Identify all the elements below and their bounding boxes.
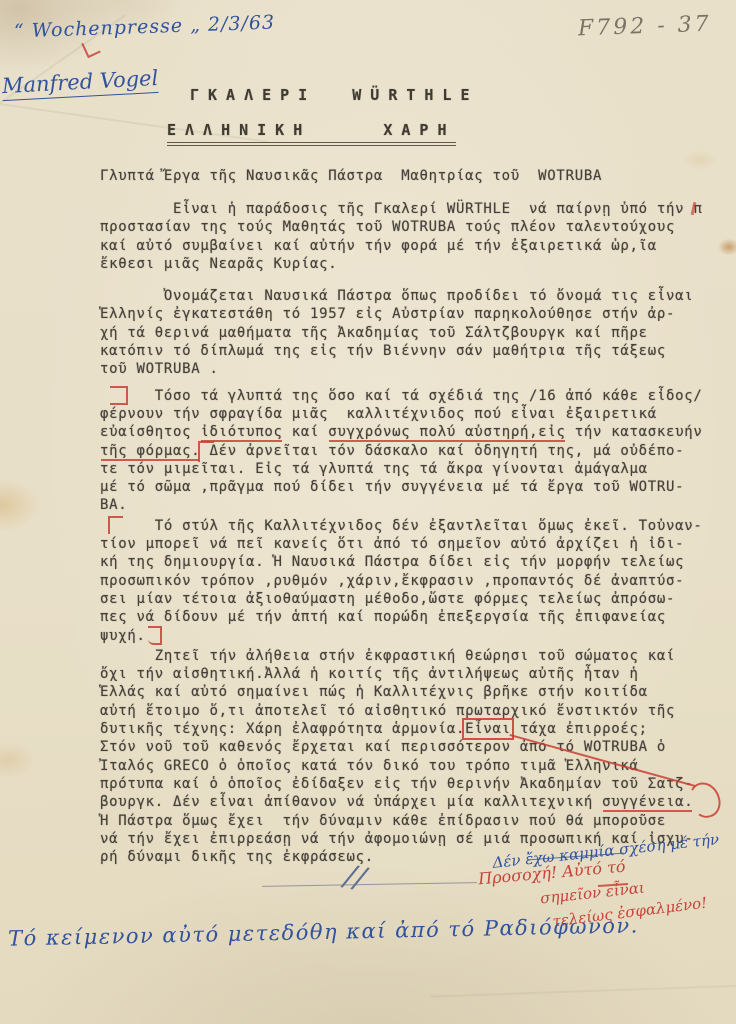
typed-text: προστασίαν της τούς Μαθητάς τοῦ WOTRUBA … xyxy=(100,219,675,235)
typed-line: Τόσο τά γλυπτά της ὅσο καί τά σχέδιά της… xyxy=(100,387,720,405)
red-underlined-text: συγγένεια. xyxy=(602,794,693,810)
typed-line: ὄχι τήν αἰσθητική.Ἀλλά ἡ κοιτίς τῆς ἀντι… xyxy=(100,665,720,683)
typed-line: εὐαίσθητος ἰδιότυπος καί συγχρόνως πολύ … xyxy=(100,423,720,441)
typed-line: Τό στύλ τῆς Καλλιτέχνιδος δέν ἐξαντλεῖτα… xyxy=(100,517,720,535)
typed-text: δυτικῆς τέχνης: Χάρη ἐλαφρότητα ἁρμονία. xyxy=(100,721,465,737)
typed-paragraph: Εἶναι ἡ παράδοσις τῆς Γκαλερί WÜRTHLE νά… xyxy=(100,200,720,273)
typed-paragraph: Τό στύλ τῆς Καλλιτέχνιδος δέν ἐξαντλεῖτα… xyxy=(100,517,720,645)
typed-line: ψυχή. xyxy=(100,627,720,645)
typed-line: τοῦ WOTRUBA . xyxy=(100,360,720,378)
typed-line: χή τά θερινά μαθήματα τῆς Ἀκαδημίας τοῦ … xyxy=(100,324,720,342)
typed-text: χή τά θερινά μαθήματα τῆς Ἀκαδημίας τοῦ … xyxy=(100,325,648,341)
typed-line: προσωπικόν τρόπον ,ρυθμόν ,χάριν,ἔκφρασι… xyxy=(100,572,720,590)
typed-paragraph: Ὀνομάζεται Ναυσικά Πάστρα ὅπως προδίδει … xyxy=(100,287,720,378)
typed-text: ἔκθεσι μιᾶς Νεαρᾶς Κυρίας. xyxy=(100,256,337,272)
typed-line: βουργκ. Δέν εἶναι ἀπίθανον νά ὑπάρχει μί… xyxy=(100,793,720,811)
typed-paragraph: Τόσο τά γλυπτά της ὅσο καί τά σχέδιά της… xyxy=(100,387,720,515)
typed-line: αὐτή ἕτοιμο ὅ,τι ἀποτελεῖ τό αἰσθητικό π… xyxy=(100,702,720,720)
archive-code: F792 - 37 xyxy=(578,12,712,42)
red-bracket-mark-paragraph4-end xyxy=(148,626,162,645)
typed-text: ΒΑ. xyxy=(100,497,127,513)
typed-line: τίον μπορεῖ νά πεῖ κανείς ὅτι ἀπό τό σημ… xyxy=(100,535,720,553)
typed-text: Δέν ἀρνεῖται τόν δάσκαλο καί ὁδηγητή της… xyxy=(200,443,684,459)
typed-line: Ζητεῖ τήν ἀλήθεια στήν ἐκφραστική θεώρησ… xyxy=(100,647,720,665)
typed-line: φέρνουν τήν σφραγίδα μιᾶς καλλιτέχνιδος … xyxy=(100,405,720,423)
typed-line: πες νά δίδουν μέ τήν ἁπτή καί πορώδη ἐπε… xyxy=(100,608,720,626)
typed-line: Ἑλληνίς ἐγκατεστάθη τό 1957 εἰς Αὐστρίαν… xyxy=(100,305,720,323)
typed-text: κατόπιν τό δίπλωμά της εἰς τήν Βιέννην σ… xyxy=(100,343,666,359)
red-underlined-text: συγχρόνως πολύ αὐστηρή,εἰς xyxy=(328,424,565,440)
red-bracket-mark-paragraph3-start xyxy=(110,386,128,405)
scanned-document-page: { "colors": { "paper": "#e8dfc8", "typed… xyxy=(0,0,736,1024)
typed-text: τήν κατασκευήν xyxy=(566,424,703,440)
typed-line: τῆς φόρμας. Δέν ἀρνεῖται τόν δάσκαλο καί… xyxy=(100,442,720,460)
typed-text: αὐτή ἕτοιμο ὅ,τι ἀποτελεῖ τό αἰσθητικό π… xyxy=(100,703,675,719)
red-bracket-mark-paragraph4-start xyxy=(108,516,123,534)
typed-text: καί αὐτό συμβαίνει καί αὐτήν τήν φορά μέ… xyxy=(100,238,657,254)
typed-text: πρότυπα καί ὁ ὁποῖος ἐδίδαξεν εἰς τήν θε… xyxy=(100,776,693,792)
typed-line: σει μίαν τέτοια ἀξιοθαύμαστη μέθοδο,ὥστε… xyxy=(100,590,720,608)
document-heading: Γλυπτά Ἔργα τῆς Ναυσικᾶς Πάστρα Μαθητρία… xyxy=(100,168,602,184)
typed-text: σει μίαν τέτοια ἀξιοθαύμαστη μέθοδο,ὥστε… xyxy=(100,591,675,607)
typed-text: Ἰταλός GRECO ὁ ὁποῖος κατά τόν δικό του … xyxy=(100,758,639,774)
typed-line: Ἡ Πάστρα ὅμως ἔχει τήν δύναμιν κάθε ἐπίδ… xyxy=(100,812,720,830)
red-underlined-text: τῆς φόρμας. xyxy=(100,443,200,459)
typed-line: ἔκθεσι μιᾶς Νεαρᾶς Κυρίας. xyxy=(100,255,720,273)
typed-line: τε τόν μιμεῖται. Εἰς τά γλυπτά της τά ἄκ… xyxy=(100,460,720,478)
typed-text: ψυχή. xyxy=(100,628,146,644)
typed-text: προσωπικόν τρόπον ,ρυθμόν ,χάριν,ἔκφρασι… xyxy=(100,573,684,589)
typed-text: Ὀνομάζεται Ναυσικά Πάστρα ὅπως προδίδει … xyxy=(100,288,693,304)
typed-text: τοῦ WOTRUBA . xyxy=(100,361,219,377)
typed-text: εὐαίσθητος xyxy=(100,424,200,440)
typed-text: Εἶναι ἡ παράδοσις τῆς Γκαλερί WÜRTHLE νά… xyxy=(100,201,703,217)
page-title: ΓΚΑΛΕΡΙ WÜRTHLE xyxy=(190,86,479,104)
typed-line: Ὀνομάζεται Ναυσικά Πάστρα ὅπως προδίδει … xyxy=(100,287,720,305)
typed-line: Εἶναι ἡ παράδοσις τῆς Γκαλερί WÜRTHLE νά… xyxy=(100,200,720,218)
typed-text: Ἑλλάς καί αὐτό σημαίνει πώς ἡ Καλλιτέχνι… xyxy=(100,684,648,700)
typed-text: τάχα ἐπιρροές; xyxy=(511,721,648,737)
typed-text: Ἡ Πάστρα ὅμως ἔχει τήν δύναμιν κάθε ἐπίδ… xyxy=(100,813,666,829)
typed-text: τε τόν μιμεῖται. Εἰς τά γλυπτά της τά ἄκ… xyxy=(100,461,648,477)
typed-text: Ἑλληνίς ἐγκατεστάθη τό 1957 εἰς Αὐστρίαν… xyxy=(100,306,675,322)
red-boxed-text: Εἶναι xyxy=(465,721,511,737)
typed-line: μέ τό σῶμα ,πρᾶγμα πού δίδει τήν συγγένε… xyxy=(100,478,720,496)
red-bracket-mark-paragraph3-mid xyxy=(198,441,214,462)
typed-text: ρή δύναμι δικῆς της ἐκφράσεως. xyxy=(100,849,374,865)
typed-text: Τόσο τά γλυπτά της ὅσο καί τά σχέδιά της… xyxy=(100,388,703,404)
typed-line: κατόπιν τό δίπλωμά της εἰς τήν Βιέννην σ… xyxy=(100,342,720,360)
typed-line: ΒΑ. xyxy=(100,496,720,514)
typed-text: Ζητεῖ τήν ἀλήθεια στήν ἐκφραστική θεώρησ… xyxy=(100,648,675,664)
typed-line: καί αὐτό συμβαίνει καί αὐτήν τήν φορά μέ… xyxy=(100,237,720,255)
typed-line: δυτικῆς τέχνης: Χάρη ἐλαφρότητα ἁρμονία.… xyxy=(100,720,720,738)
typed-text: πες νά δίδουν μέ τήν ἁπτή καί πορώδη ἐπε… xyxy=(100,609,666,625)
typed-text: κή της δημιουργία. Ἡ Ναυσικά Πάστρα δίδε… xyxy=(100,554,684,570)
typed-text: βουργκ. Δέν εἶναι ἀπίθανον νά ὑπάρχει μί… xyxy=(100,794,602,810)
typed-line: Στόν νοῦ τοῦ καθενός ἔρχεται καί περισσό… xyxy=(100,738,720,756)
page-subtitle: ΕΛΛΗΝΙΚΗ ΧΑΡΗ xyxy=(167,121,456,146)
typed-text: μέ τό σῶμα ,πρᾶγμα πού δίδει τήν συγγένε… xyxy=(100,479,684,495)
typed-paragraph: Ζητεῖ τήν ἀλήθεια στήν ἐκφραστική θεώρησ… xyxy=(100,647,720,867)
typed-text: Τό στύλ τῆς Καλλιτέχνιδος δέν ἐξαντλεῖτα… xyxy=(100,518,703,534)
typed-line: προστασίαν της τούς Μαθητάς τοῦ WOTRUBA … xyxy=(100,218,720,236)
typed-line: Ἑλλάς καί αὐτό σημαίνει πώς ἡ Καλλιτέχνι… xyxy=(100,683,720,701)
typed-text: ὄχι τήν αἰσθητική.Ἀλλά ἡ κοιτίς τῆς ἀντι… xyxy=(100,666,639,682)
typed-line: κή της δημιουργία. Ἡ Ναυσικά Πάστρα δίδε… xyxy=(100,553,720,571)
typed-text: καί xyxy=(283,424,329,440)
typed-line: πρότυπα καί ὁ ὁποῖος ἐδίδαξεν εἰς τήν θε… xyxy=(100,775,720,793)
typed-text: τίον μπορεῖ νά πεῖ κανείς ὅτι ἀπό τό σημ… xyxy=(100,536,684,552)
red-underlined-text: ἰδιότυπος xyxy=(200,424,282,440)
typed-text: φέρνουν τήν σφραγίδα μιᾶς καλλιτέχνιδος … xyxy=(100,406,657,422)
